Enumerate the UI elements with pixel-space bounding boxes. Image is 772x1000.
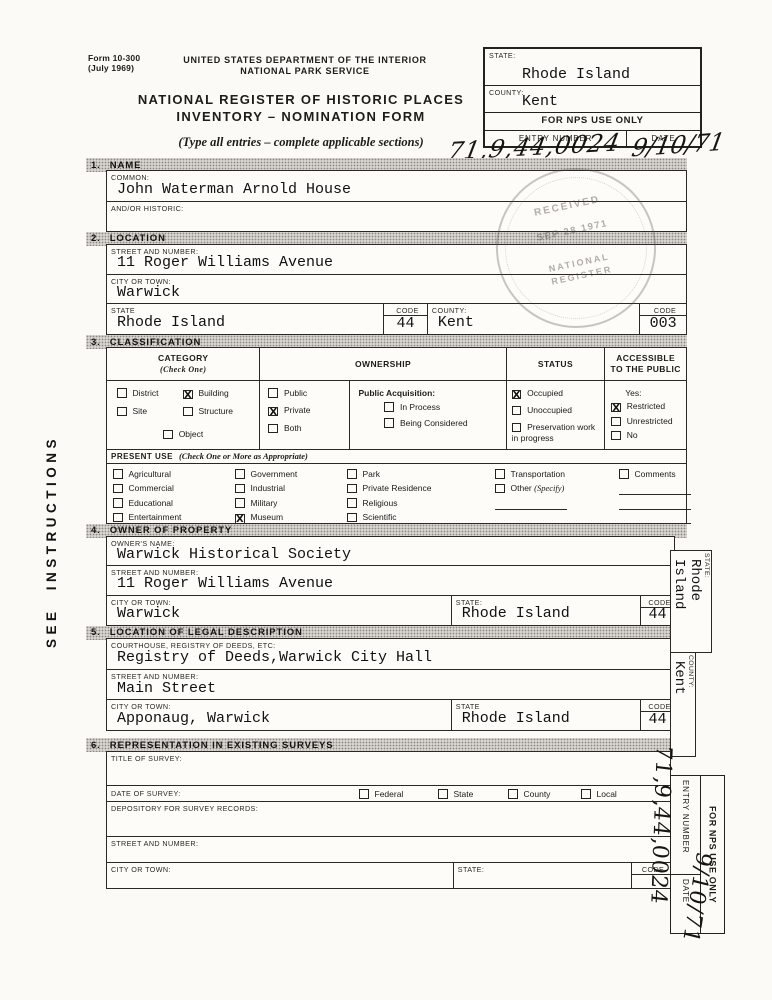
checkbox[interactable] (512, 406, 522, 416)
checkbox[interactable] (384, 418, 394, 428)
use-option: Entertainment (113, 512, 181, 522)
present-use-grid: Agricultural Commercial Educational Ente… (106, 463, 687, 524)
survey-level-option: Local (581, 789, 617, 799)
blank-line (619, 498, 691, 510)
common-name-field: COMMON: John Waterman Arnold House (106, 170, 687, 202)
city-value: Warwick (117, 284, 180, 301)
owner-city-state-row: CITY OR TOWN: Warwick STATE: Rhode Islan… (106, 595, 675, 626)
depository-label: DEPOSITORY FOR SURVEY RECORDS: (107, 802, 670, 813)
section-number: 5. (91, 627, 101, 638)
county-value: Kent (671, 653, 687, 756)
state-label: STATE: (454, 863, 631, 874)
section-3-box: CATEGORY (Check One) OWNERSHIP STATUS AC… (106, 347, 687, 523)
entry-number-label: ENTRY NUMBER (681, 780, 690, 853)
category-cell: District XBuilding Site Structure Object (107, 381, 259, 449)
checkbox[interactable] (581, 789, 591, 799)
depository-field: DEPOSITORY FOR SURVEY RECORDS: (106, 801, 671, 837)
street-value: 11 Roger Williams Avenue (117, 254, 333, 271)
state-county-row: STATE Rhode Island CODE 44 COUNTY: Kent … (106, 303, 687, 335)
present-use-col-5: Comments (619, 469, 691, 527)
section-6-box: TITLE OF SURVEY: DATE OF SURVEY: Federal… (106, 751, 671, 890)
blank-line (619, 483, 691, 495)
state-value: Rhode Island (522, 66, 630, 83)
state-label: STATE: (703, 551, 711, 652)
county-value: Kent (438, 314, 474, 331)
present-use-col-1: Agricultural Commercial Educational Ente… (113, 469, 181, 527)
section-number: 4. (91, 525, 101, 536)
state-value: Rhode Island (462, 710, 570, 727)
county-cell: COUNTY: Kent (427, 304, 639, 334)
acquisition-option: In Process (384, 402, 505, 412)
service-name: NATIONAL PARK SERVICE (140, 66, 470, 77)
use-option: Scientific (347, 512, 431, 522)
ownership-option: Both (268, 423, 349, 433)
use-option: Transportation (495, 469, 567, 479)
survey-date-label: DATE OF SURVEY: (107, 789, 181, 798)
classification-body-row: District XBuilding Site Structure Object… (106, 380, 687, 450)
section-4-box: OWNER'S NAME: Warwick Historical Society… (106, 536, 675, 626)
present-use-note: (Check One or More as Appropriate) (179, 451, 308, 461)
category-header: CATEGORY (Check One) (107, 348, 259, 380)
checkbox[interactable] (347, 484, 357, 494)
see-instructions-vertical-label: SEE INSTRUCTIONS (44, 362, 59, 648)
blank-line (619, 512, 691, 524)
use-option: Educational (113, 498, 181, 508)
use-option: Other (Specify) (495, 483, 567, 493)
ownership-option: XPrivate (268, 405, 349, 417)
checkbox[interactable]: X (268, 407, 278, 417)
checkbox[interactable] (347, 469, 357, 479)
section-title: LOCATION (110, 233, 166, 244)
present-use-col-2: Government Industrial Military XMuseum (235, 469, 297, 529)
status-cell: XOccupied Unoccupied Preservation work i… (506, 381, 605, 449)
checkbox[interactable] (163, 430, 173, 440)
street-label: STREET AND NUMBER: (107, 837, 670, 848)
status-option: Preservation work in progress (512, 422, 600, 444)
form-body: 1. NAME COMMON: John Waterman Arnold Hou… (86, 158, 687, 889)
checkbox[interactable] (117, 407, 127, 417)
form-title-line1: NATIONAL REGISTER OF HISTORIC PLACES (118, 91, 484, 108)
access-option: XRestricted (611, 401, 686, 413)
ownership-option: Public (268, 388, 349, 398)
scanned-nomination-form: SEE INSTRUCTIONS Form 10-300 (July 1969)… (0, 0, 772, 1000)
county-label: COUNTY: (687, 653, 695, 756)
checkbox[interactable] (438, 789, 448, 799)
category-option: District (117, 388, 183, 400)
vertical-state-cell: STATE: Rhode Island (670, 550, 712, 653)
county-label: COUNTY: (485, 86, 700, 97)
present-use-col-3: Park Private Residence Religious Scienti… (347, 469, 431, 527)
checkbox[interactable] (495, 484, 505, 494)
use-option: Agricultural (113, 469, 181, 479)
checkbox[interactable] (117, 388, 127, 398)
state-cell: STATE: (453, 863, 631, 888)
common-name-value: John Waterman Arnold House (117, 181, 351, 198)
use-option: Commercial (113, 483, 181, 493)
type-instructions-note: (Type all entries – complete applicable … (118, 135, 484, 150)
checkbox[interactable] (235, 469, 245, 479)
form-revision-date: (July 1969) (88, 63, 140, 73)
checkbox[interactable] (611, 431, 621, 441)
checkbox[interactable] (347, 513, 357, 523)
checkbox[interactable] (508, 789, 518, 799)
blank-line (495, 512, 567, 524)
state-cell: STATE: Rhode Island (451, 596, 640, 625)
checkbox[interactable] (384, 402, 394, 412)
checkbox[interactable] (113, 484, 123, 494)
section-number: 1. (91, 160, 101, 171)
accessible-header: ACCESSIBLE TO THE PUBLIC (604, 348, 686, 380)
vertical-county-cell: COUNTY: Kent (670, 652, 696, 757)
historic-name-field: AND/OR HISTORIC: (106, 201, 687, 232)
state-value: Rhode Island (671, 551, 703, 652)
agency-heading: UNITED STATES DEPARTMENT OF THE INTERIOR… (140, 55, 470, 76)
acquisition-option: Being Considered (384, 418, 505, 428)
checkbox[interactable]: X (183, 390, 193, 400)
street-field: STREET AND NUMBER: 11 Roger Williams Ave… (106, 244, 687, 275)
survey-level-option: State (438, 789, 473, 799)
survey-level-option: Federal (359, 789, 403, 799)
survey-city-state-row: CITY OR TOWN: STATE: CODE (106, 862, 671, 889)
state-label: STATE: (485, 49, 700, 60)
use-option: Military (235, 498, 297, 508)
city-value: Apponaug, Warwick (117, 710, 270, 727)
use-option: XMuseum (235, 512, 297, 524)
survey-title-label: TITLE OF SURVEY: (107, 752, 670, 763)
present-use-col-4: Transportation Other (Specify) (495, 469, 567, 527)
section-title: LOCATION OF LEGAL DESCRIPTION (110, 627, 303, 638)
accessible-cell: Yes: XRestricted Unrestricted No (604, 381, 686, 449)
status-header: STATUS (506, 348, 605, 380)
survey-date-row: DATE OF SURVEY: Federal State County Loc… (106, 785, 671, 803)
historic-name-label: AND/OR HISTORIC: (107, 202, 686, 213)
form-title-line2: INVENTORY – NOMINATION FORM (118, 108, 484, 125)
acquisition-label: Public Acquisition: (358, 388, 505, 398)
blank-line (495, 498, 567, 510)
nps-county-cell: COUNTY: Kent (485, 86, 700, 113)
street-value: 11 Roger Williams Avenue (117, 575, 333, 592)
checkbox[interactable] (113, 513, 123, 523)
section-5-box: COURTHOUSE, REGISTRY OF DEEDS, ETC: Regi… (106, 638, 675, 731)
city-label: CITY OR TOWN: (107, 275, 686, 286)
code-cell: CODE 44 (640, 596, 674, 625)
use-option: Park (347, 469, 431, 479)
city-cell: CITY OR TOWN: Warwick (107, 596, 451, 625)
checkbox[interactable] (619, 469, 629, 479)
city-field: CITY OR TOWN: Warwick (106, 274, 687, 305)
state-cell: STATE Rhode Island (451, 700, 640, 730)
section-2-box: STREET AND NUMBER: 11 Roger Williams Ave… (106, 244, 687, 335)
use-option: Industrial (235, 483, 297, 493)
category-option: XBuilding (183, 388, 249, 400)
checkbox[interactable] (359, 789, 369, 799)
survey-title-field: TITLE OF SURVEY: (106, 751, 671, 787)
checkbox[interactable] (235, 484, 245, 494)
right-margin-state-county-strip: STATE: Rhode Island COUNTY: Kent (670, 552, 702, 757)
checkbox[interactable] (183, 407, 193, 417)
city-cell: CITY OR TOWN: Apponaug, Warwick (107, 700, 451, 730)
checkbox[interactable] (235, 498, 245, 508)
section-number: 2. (91, 233, 101, 244)
survey-level-option: County (508, 789, 550, 799)
ownership-cell: Public XPrivate Both Public Acquisition:… (259, 381, 505, 449)
ownership-header: OWNERSHIP (259, 348, 505, 380)
section-number: 6. (91, 740, 101, 751)
owner-street-field: STREET AND NUMBER: 11 Roger Williams Ave… (106, 565, 675, 596)
checkbox[interactable] (347, 498, 357, 508)
form-number-block: Form 10-300 (July 1969) (88, 53, 140, 73)
city-label: CITY OR TOWN: (107, 863, 453, 874)
county-code-value: 003 (640, 315, 686, 332)
form-number: Form 10-300 (88, 53, 140, 63)
status-option: XOccupied (512, 388, 600, 400)
checkbox[interactable]: X (512, 390, 522, 400)
owner-name-field: OWNER'S NAME: Warwick Historical Society (106, 536, 675, 567)
use-option: Religious (347, 498, 431, 508)
street-value: Main Street (117, 680, 216, 697)
checkbox[interactable] (512, 423, 522, 433)
checkbox[interactable] (611, 417, 621, 427)
yes-label: Yes: (625, 388, 686, 398)
legal-city-state-row: CITY OR TOWN: Apponaug, Warwick STATE Rh… (106, 699, 675, 731)
use-option: Comments (619, 469, 691, 479)
category-option: Structure (183, 406, 249, 416)
checkbox[interactable]: X (235, 514, 245, 524)
checkbox[interactable] (268, 424, 278, 434)
section-gap (86, 731, 687, 738)
county-value: Kent (522, 93, 558, 110)
city-value: Warwick (117, 605, 180, 622)
nps-state-cell: STATE: Rhode Island (485, 49, 700, 86)
present-use-label: PRESENT USE (111, 452, 173, 461)
courthouse-value: Registry of Deeds,Warwick City Hall (117, 649, 432, 666)
form-title: NATIONAL REGISTER OF HISTORIC PLACES INV… (118, 91, 484, 125)
section-number: 3. (91, 337, 101, 348)
section-1-box: COMMON: John Waterman Arnold House AND/O… (106, 170, 687, 231)
status-option: Unoccupied (512, 405, 600, 416)
access-option: No (611, 430, 686, 440)
category-option: Object (163, 429, 203, 439)
owner-name-value: Warwick Historical Society (117, 546, 351, 563)
legal-street-field: STREET AND NUMBER: Main Street (106, 669, 675, 701)
section-title: REPRESENTATION IN EXISTING SURVEYS (110, 740, 334, 751)
code-cell: CODE 44 (640, 700, 674, 730)
checkbox[interactable] (268, 388, 278, 398)
section-title: CLASSIFICATION (110, 337, 202, 348)
checkbox[interactable] (113, 469, 123, 479)
category-option: Site (117, 406, 183, 416)
checkbox[interactable] (113, 498, 123, 508)
state-value: Rhode Island (462, 605, 570, 622)
survey-street-field: STREET AND NUMBER: (106, 836, 671, 864)
department-name: UNITED STATES DEPARTMENT OF THE INTERIOR (140, 55, 470, 66)
use-option: Private Residence (347, 483, 431, 493)
use-option: Government (235, 469, 297, 479)
nps-use-only-header: FOR NPS USE ONLY (485, 113, 700, 131)
state-code-cell: CODE 44 (383, 304, 427, 334)
checkbox[interactable]: X (611, 403, 621, 413)
state-code-value: 44 (384, 315, 427, 332)
city-cell: CITY OR TOWN: (107, 863, 453, 888)
access-option: Unrestricted (611, 416, 686, 426)
state-value: Rhode Island (117, 314, 225, 331)
classification-header-row: CATEGORY (Check One) OWNERSHIP STATUS AC… (106, 347, 687, 381)
section-title: NAME (110, 160, 142, 171)
courthouse-field: COURTHOUSE, REGISTRY OF DEEDS, ETC: Regi… (106, 638, 675, 670)
checkbox[interactable] (495, 469, 505, 479)
section-title: OWNER OF PROPERTY (110, 525, 232, 536)
state-cell: STATE Rhode Island (107, 304, 383, 334)
county-code-cell: CODE 003 (639, 304, 686, 334)
